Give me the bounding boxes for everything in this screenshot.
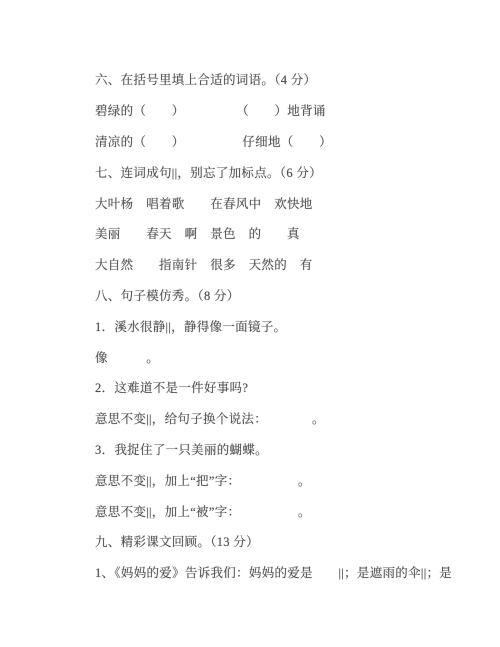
section-heading-7: 七、连词成句||，别忘了加标点。（6 分） <box>95 156 490 187</box>
word-group-line: 美丽 春天 啊 景色 的 真 <box>95 218 490 249</box>
word-group-line: 大叶杨 唱着歌 在春风中 欢快地 <box>95 187 490 218</box>
answer-blank-line: 像 。 <box>95 341 490 372</box>
answer-blank-line: 意思不变||，加上“把”字： 。 <box>95 464 490 495</box>
scanned-worksheet-page: 六、在括号里填上合适的词语。（4 分） 碧绿的（ ） （ ）地背诵 清凉的（ ）… <box>0 0 500 647</box>
word-group-line: 大自然 指南针 很多 天然的 有 <box>95 249 490 280</box>
section-heading-6: 六、在括号里填上合适的词语。（4 分） <box>95 64 490 95</box>
section-heading-8: 八、句子模仿秀。（8 分） <box>95 280 490 311</box>
answer-blank-line: 意思不变||，给句子换个说法： 。 <box>95 403 490 434</box>
question-line: 2．这难道不是一件好事吗? <box>95 372 490 403</box>
question-line: 3．我捉住了一只美丽的蝴蝶。 <box>95 434 490 465</box>
section-heading-9: 九、精彩课文回顾。（13 分） <box>95 526 490 557</box>
fill-blank-line: 清凉的（ ） 仔细地（ ） <box>95 126 490 157</box>
question-line: 1．溪水很静||，静得像一面镜子。 <box>95 310 490 341</box>
fill-blank-line: 碧绿的（ ） （ ）地背诵 <box>95 95 490 126</box>
answer-blank-line: 意思不变||，加上“被”字： 。 <box>95 495 490 526</box>
question-line: 1、《妈妈的爱》告诉我们：妈妈的爱是 ||；是遮雨的伞||；是 <box>95 557 490 588</box>
